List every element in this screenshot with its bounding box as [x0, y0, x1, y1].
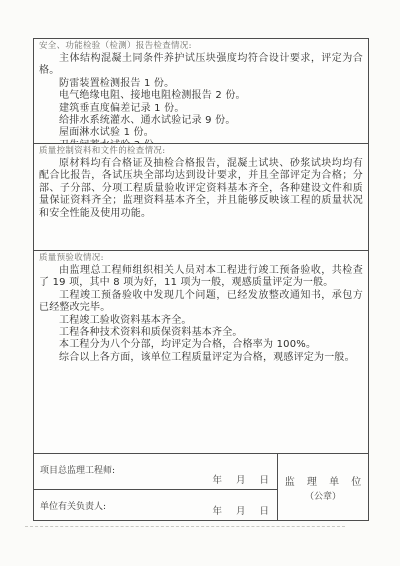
- signature-left-column: 项目总监理工程师: 年 月 日 单位有关负责人: 年 月 日: [34, 454, 278, 520]
- official-seal-label: （公章）: [305, 489, 341, 502]
- responsible-person-label: 单位有关负责人:: [40, 502, 106, 512]
- chief-supervisor-date-blanks: 年 月 日: [212, 472, 269, 486]
- quality-control-paragraph: 原材料均有合格证及抽检合格报告，混凝土试块、砂浆试块均均有配合比报告，各试压块全…: [39, 158, 363, 220]
- scanned-form-page: 安全、功能检验（检测）报告检查情况: 主体结构混凝土同条件养护试压块强度均符合设…: [0, 0, 400, 566]
- chief-supervisor-label: 项目总监理工程师:: [40, 466, 115, 476]
- responsible-person-date-blanks: 年 月 日: [212, 503, 269, 517]
- supervision-unit-label: 监 理 单 位: [285, 473, 362, 488]
- pre-acceptance-line: 综合以上各方面，该单位工程质量评定为合格，观感评定为一般。: [39, 352, 363, 364]
- signature-area: 项目总监理工程师: 年 月 日 单位有关负责人: 年 月 日 监 理 单 位 （…: [34, 453, 368, 520]
- supervision-unit-stamp-cell: 监 理 单 位 （公章）: [278, 454, 368, 520]
- section-quality-control-title: 质量控制资料和文件的检查情况:: [39, 146, 363, 157]
- section-safety-function-tests: 安全、功能检验（检测）报告检查情况: 主体结构混凝土同条件养护试压块强度均符合设…: [34, 39, 368, 143]
- safety-line: 防雷装置检测报告 1 份。: [39, 78, 363, 90]
- pre-acceptance-line: 工程竣工验收资料基本齐全。: [39, 315, 363, 327]
- pre-acceptance-line: 本工程分为八个分部，均评定为合格，合格率为 100%。: [39, 339, 363, 351]
- section-safety-title: 安全、功能检验（检测）报告检查情况:: [39, 41, 363, 52]
- pre-acceptance-line: 工程各种技术资料和质保资料基本齐全。: [39, 327, 363, 339]
- responsible-person-signature-cell: 单位有关负责人: 年 月 日: [34, 490, 277, 520]
- safety-line: 屋面淋水试验 1 份。: [39, 127, 363, 139]
- pre-acceptance-line: 由监理总工程师组织相关人员对本工程进行竣工预备验收，共检查了 19 项，其中 8…: [39, 265, 363, 290]
- safety-line: 建筑垂直度偏差记录 1 份。: [39, 103, 363, 115]
- section-pre-acceptance: 质量预验收情况: 由监理总工程师组织相关人员对本工程进行竣工预备验收，共检查了 …: [34, 250, 368, 453]
- safety-line: 主体结构混凝土同条件养护试压块强度均符合设计要求，评定为合格。: [39, 53, 363, 78]
- scan-fold-line: [25, 526, 345, 527]
- acceptance-report-table: 安全、功能检验（检测）报告检查情况: 主体结构混凝土同条件养护试压块强度均符合设…: [33, 38, 369, 521]
- chief-supervisor-signature-cell: 项目总监理工程师: 年 月 日: [34, 454, 277, 490]
- section-pre-acceptance-title: 质量预验收情况:: [39, 253, 363, 264]
- pre-acceptance-line: 工程竣工预备验收中发现几个问题，已经发放整改通知书，承包方已经整改完毕。: [39, 290, 363, 315]
- section-quality-control-docs: 质量控制资料和文件的检查情况: 原材料均有合格证及抽检合格报告，混凝土试块、砂浆…: [34, 143, 368, 250]
- safety-line: 电气绝缘电阻、接地电阻检测报告 2 份。: [39, 90, 363, 102]
- safety-line: 给排水系统灌水、通水试验记录 9 份。: [39, 115, 363, 127]
